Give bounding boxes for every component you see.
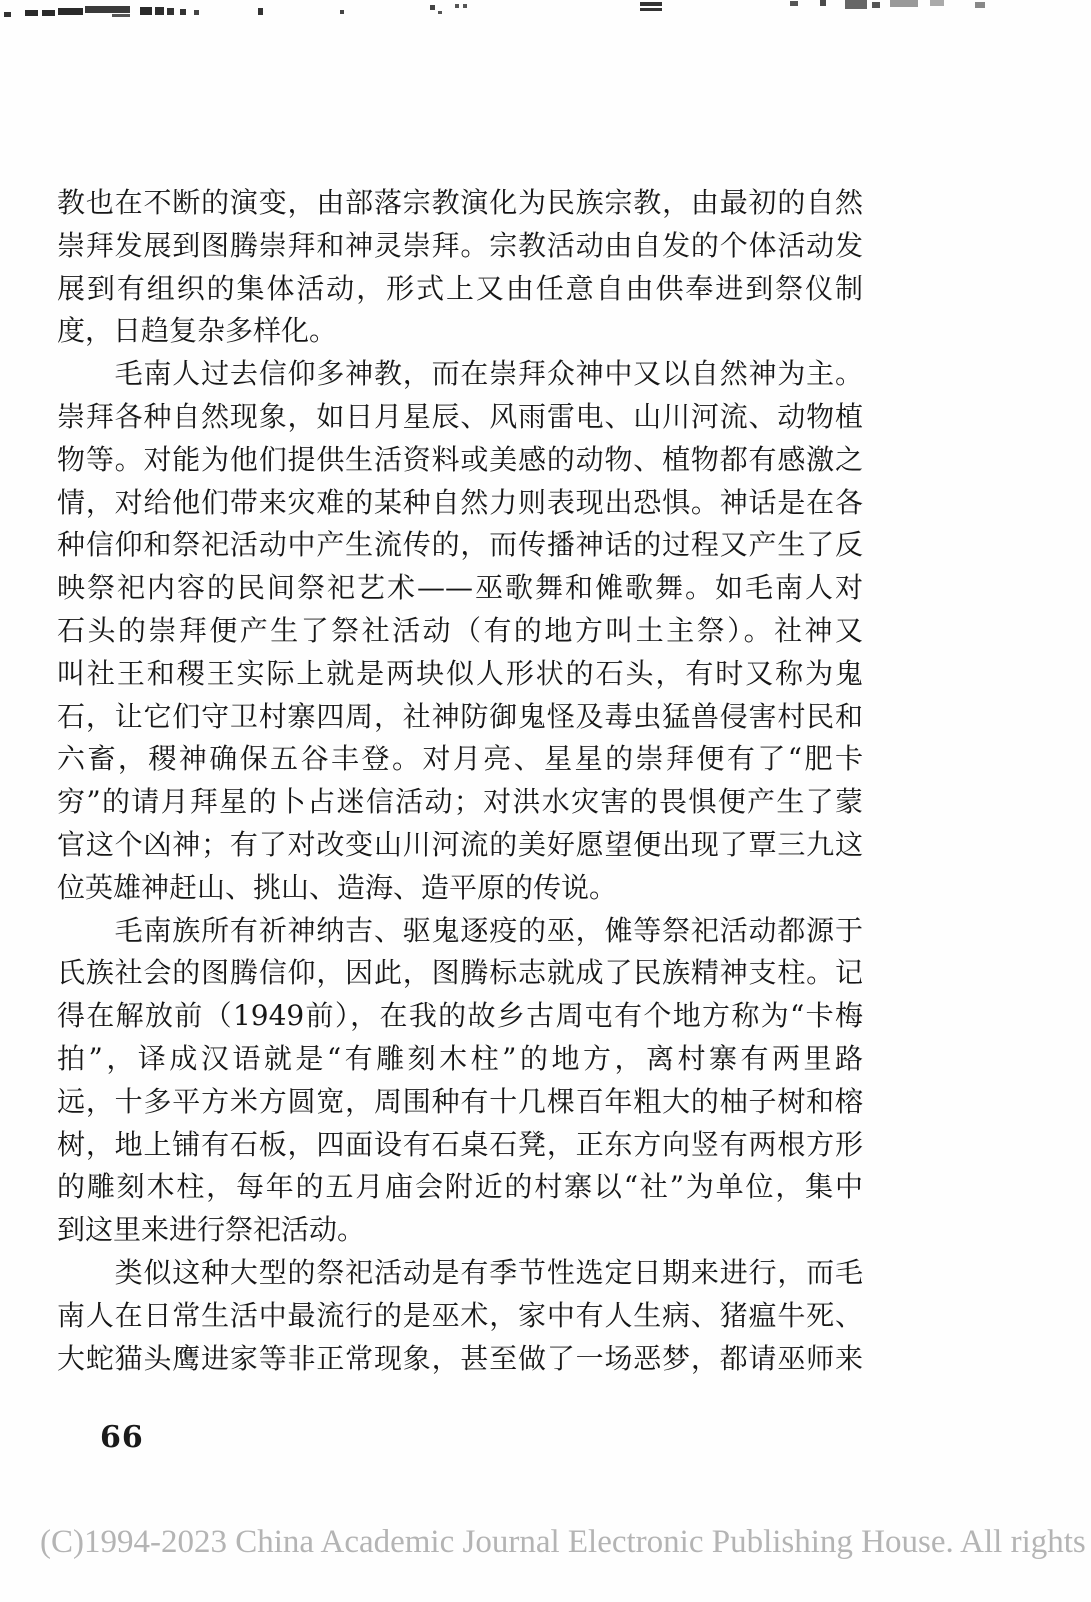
scan-noise-mark (112, 14, 130, 17)
scan-noise-mark (4, 12, 11, 17)
scan-noise-mark (890, 0, 918, 7)
text-line: 远，十多平方米方圆宽，周围种有十几棵百年粗大的柚子树和榕 (57, 1081, 863, 1124)
scan-noise-mark (194, 10, 199, 15)
scan-noise-mark (930, 0, 944, 6)
scan-noise-mark (58, 8, 83, 15)
scan-noise-mark (42, 10, 55, 16)
text-line: 物等。对能为他们提供生活资料或美感的动物、植物都有感激之 (57, 439, 863, 482)
text-line: 穷”的请月拜星的卜占迷信活动；对洪水灾害的畏惧便产生了蒙 (57, 781, 863, 824)
scan-noise-mark (640, 8, 662, 11)
text-line: 情，对给他们带来灾难的某种自然力则表现出恐惧。神话是在各 (57, 482, 863, 525)
scan-noise-mark (872, 2, 880, 8)
scan-noise-mark (463, 4, 467, 8)
text-line: 的雕刻木柱，每年的五月庙会附近的村寨以“社”为单位，集中 (57, 1166, 863, 1209)
scan-noise-mark (640, 2, 662, 6)
scan-noise-mark (438, 11, 442, 14)
scan-noise-mark (85, 6, 130, 13)
text-line: 官这个凶神；有了对改变山川河流的美好愿望便出现了覃三九这 (57, 824, 863, 867)
text-line: 类似这种大型的祭祀活动是有季节性选定日期来进行，而毛 (57, 1252, 863, 1295)
text-line: 得在解放前（1949前），在我的故乡古周屯有个地方称为“卡梅 (57, 995, 863, 1038)
scan-noise-mark (155, 7, 164, 15)
scan-noise-mark (845, 0, 867, 9)
text-line: 展到有组织的集体活动，形式上又由任意自由供奉进到祭仪制 (57, 268, 863, 311)
text-line: 石头的崇拜便产生了祭社活动（有的地方叫土主祭）。社神又 (57, 610, 863, 653)
text-line: 树，地上铺有石板，四面设有石桌石凳，正东方向竖有两根方形 (57, 1124, 863, 1167)
text-line: 南人在日常生活中最流行的是巫术，家中有人生病、猪瘟牛死、 (57, 1295, 863, 1338)
text-line: 毛南族所有祈神纳吉、驱鬼逐疫的巫，傩等祭祀活动都源于 (57, 910, 863, 953)
scan-noise-mark (340, 10, 344, 14)
text-line: 种信仰和祭祀活动中产生流传的，而传播神话的过程又产生了反 (57, 524, 863, 567)
text-line: 氏族社会的图腾信仰，因此，图腾标志就成了民族精神支柱。记 (57, 952, 863, 995)
scan-noise-mark (140, 7, 152, 15)
page-number: 66 (100, 1420, 144, 1455)
scan-artifacts (0, 0, 1091, 30)
text-line: 度，日趋复杂多样化。 (57, 310, 863, 353)
text-line: 教也在不断的演变，由部落宗教演化为民族宗教，由最初的自然 (57, 182, 863, 225)
text-line: 崇拜各种自然现象，如日月星辰、风雨雷电、山川河流、动物植 (57, 396, 863, 439)
scan-noise-mark (167, 8, 174, 15)
text-line: 到这里来进行祭祀活动。 (57, 1209, 863, 1252)
text-line: 毛南人过去信仰多神教，而在崇拜众神中又以自然神为主。 (57, 353, 863, 396)
copyright-watermark: (C)1994-2023 China Academic Journal Elec… (40, 1524, 1091, 1561)
text-line: 石，让它们守卫村寨四周，社神防御鬼怪及毒虫猛兽侵害村民和 (57, 696, 863, 739)
scan-noise-mark (820, 0, 826, 6)
scan-noise-mark (790, 1, 798, 6)
scan-noise-mark (180, 9, 186, 15)
document-page: 教也在不断的演变，由部落宗教演化为民族宗教，由最初的自然崇拜发展到图腾崇拜和神灵… (0, 0, 1091, 1602)
scan-noise-mark (25, 10, 38, 16)
text-line: 拍”，译成汉语就是“有雕刻木柱”的地方，离村寨有两里路 (57, 1038, 863, 1081)
text-line: 崇拜发展到图腾崇拜和神灵崇拜。宗教活动由自发的个体活动发 (57, 225, 863, 268)
text-line: 六畜，稷神确保五谷丰登。对月亮、星星的崇拜便有了“肥卡 (57, 738, 863, 781)
scan-noise-mark (975, 2, 985, 8)
scan-noise-mark (430, 5, 435, 10)
text-line: 大蛇猫头鹰进家等非正常现象，甚至做了一场恶梦，都请巫师来 (57, 1338, 863, 1381)
text-line: 映祭祀内容的民间祭祀艺术——巫歌舞和傩歌舞。如毛南人对 (57, 567, 863, 610)
scan-noise-mark (258, 8, 263, 15)
text-line: 位英雄神赶山、挑山、造海、造平原的传说。 (57, 867, 863, 910)
body-text: 教也在不断的演变，由部落宗教演化为民族宗教，由最初的自然崇拜发展到图腾崇拜和神灵… (57, 182, 863, 1380)
text-line: 叫社王和稷王实际上就是两块似人形状的石头，有时又称为鬼 (57, 653, 863, 696)
scan-noise-mark (455, 4, 459, 8)
